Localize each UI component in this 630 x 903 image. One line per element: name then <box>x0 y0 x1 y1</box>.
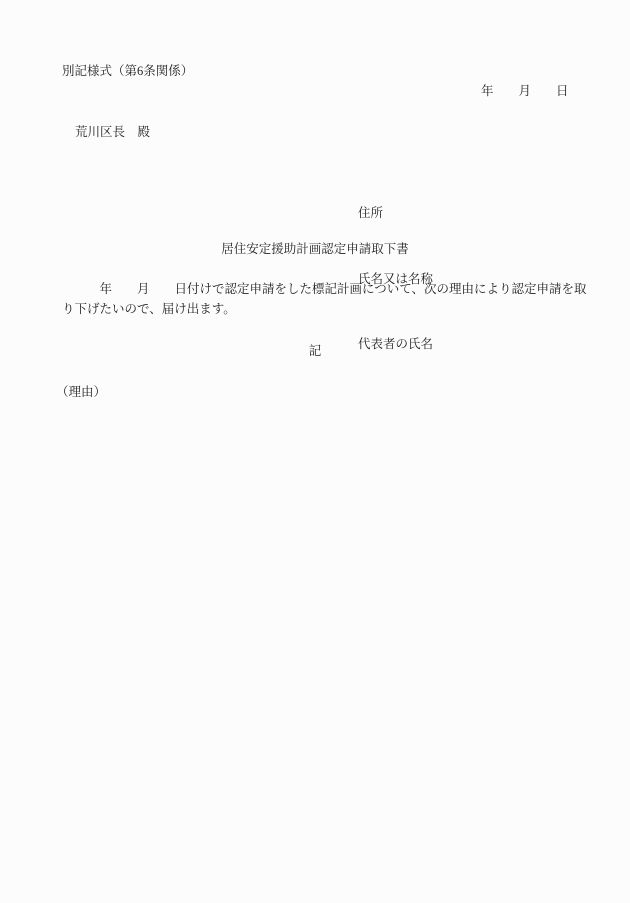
document-title: 居住安定援助計画認定申請取下書 <box>0 241 630 257</box>
body-text-line-2: り下げたいので、届け出ます。 <box>62 301 236 317</box>
date-line: 年 月 日 <box>481 83 569 99</box>
addressee-line: 荒川区長 殿 <box>75 124 150 140</box>
document-page: 別記様式（第6条関係） 年 月 日 荒川区長 殿 住所 氏名又は名称 代表者の氏… <box>0 0 630 903</box>
record-marker: 記 <box>0 343 630 359</box>
body-text-line-1: 年 月 日付けで認定申請をした標記計画について、次の理由により認定申請を取 <box>62 281 587 297</box>
reason-label: （理由） <box>56 384 106 400</box>
applicant-info-block: 住所 氏名又は名称 代表者の氏名 <box>358 160 433 399</box>
address-label: 住所 <box>358 203 433 225</box>
form-reference-label: 別記様式（第6条関係） <box>62 63 193 79</box>
